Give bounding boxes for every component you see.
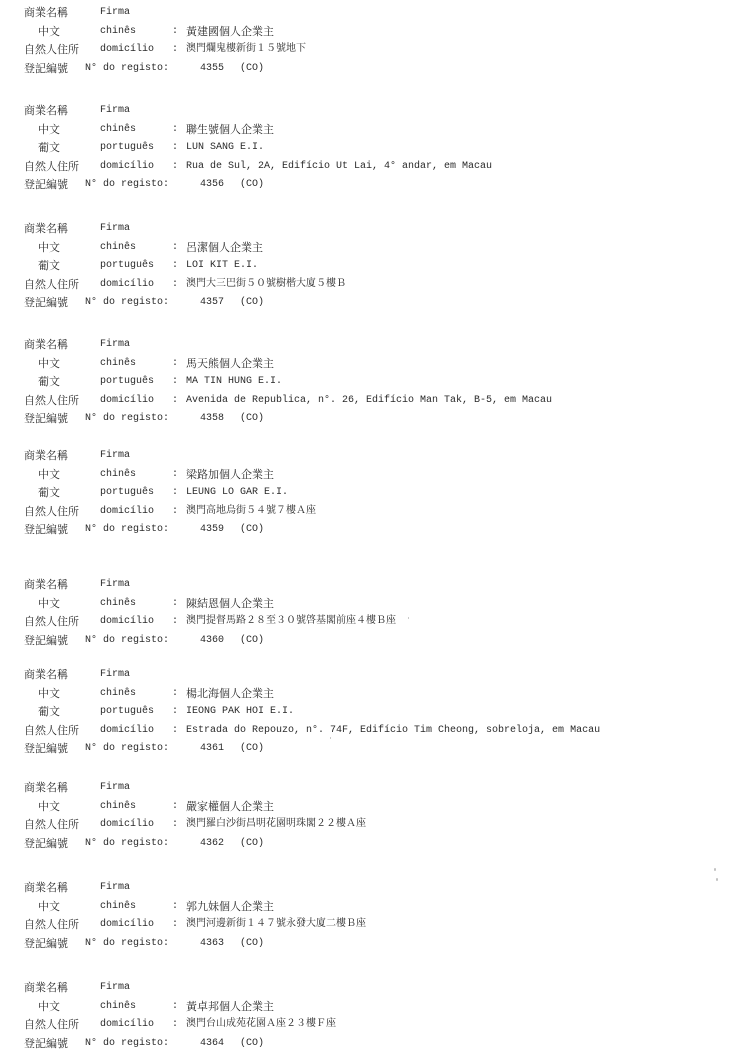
domicile-label-pt: domicílio	[100, 722, 154, 741]
registration-label-pt: N° do registo:	[85, 740, 169, 759]
portuguese-label-zh: 葡文	[38, 139, 60, 158]
portuguese-label-zh: 葡文	[38, 703, 60, 722]
portuguese-label-pt: português	[100, 484, 154, 503]
firm-label-zh: 商業名稱	[24, 447, 68, 466]
chinese-label-zh: 中文	[38, 239, 60, 258]
portuguese-name-value: MA TIN HUNG E.I.	[186, 373, 282, 392]
domicile-label-zh: 自然人住所	[24, 916, 79, 935]
colon: :	[172, 998, 178, 1017]
colon: :	[172, 121, 178, 140]
colon: :	[172, 23, 178, 42]
registration-number: 4356	[200, 176, 224, 195]
chinese-name-value: 聯生號個人企業主	[186, 121, 274, 140]
firm-label-pt: Firma	[100, 779, 130, 798]
domicile-label-zh: 自然人住所	[24, 613, 79, 632]
registration-label-zh: 登記編號	[24, 835, 68, 854]
chinese-label-zh: 中文	[38, 355, 60, 374]
registration-code: (CO)	[240, 835, 264, 854]
registration-label-pt: N° do registo:	[85, 935, 169, 954]
domicile-value: 澳門台山成苑花園Ａ座２３樓Ｆ座	[186, 1016, 336, 1035]
portuguese-label-pt: português	[100, 373, 154, 392]
registration-label-pt: N° do registo:	[85, 60, 169, 79]
colon: :	[172, 355, 178, 374]
registration-number: 4361	[200, 740, 224, 759]
registration-label-zh: 登記編號	[24, 740, 68, 759]
registration-label-pt: N° do registo:	[85, 294, 169, 313]
registration-label-zh: 登記編號	[24, 410, 68, 429]
registration-code: (CO)	[240, 740, 264, 759]
domicile-label-pt: domicílio	[100, 503, 154, 522]
registration-label-zh: 登記編號	[24, 294, 68, 313]
chinese-label-zh: 中文	[38, 466, 60, 485]
registration-code: (CO)	[240, 294, 264, 313]
colon: :	[172, 503, 178, 522]
colon: :	[172, 816, 178, 835]
registration-label-zh: 登記編號	[24, 521, 68, 540]
colon: :	[172, 41, 178, 60]
domicile-label-pt: domicílio	[100, 158, 154, 177]
registration-code: (CO)	[240, 521, 264, 540]
chinese-label-pt: chinês	[100, 466, 136, 485]
chinese-name-value: 楊北海個人企業主	[186, 685, 274, 704]
firm-label-zh: 商業名稱	[24, 979, 68, 998]
chinese-name-value: 黃卓邦個人企業主	[186, 998, 274, 1017]
registration-code: (CO)	[240, 410, 264, 429]
colon: :	[172, 685, 178, 704]
registration-label-zh: 登記編號	[24, 935, 68, 954]
chinese-label-pt: chinês	[100, 998, 136, 1017]
domicile-label-zh: 自然人住所	[24, 722, 79, 741]
chinese-label-zh: 中文	[38, 998, 60, 1017]
chinese-label-zh: 中文	[38, 23, 60, 42]
domicile-value: 澳門羅白沙街昌明花園明珠閣２２樓Ａ座	[186, 816, 366, 835]
portuguese-label-pt: português	[100, 257, 154, 276]
registration-number: 4358	[200, 410, 224, 429]
chinese-label-pt: chinês	[100, 798, 136, 817]
registration-label-pt: N° do registo:	[85, 176, 169, 195]
chinese-label-zh: 中文	[38, 685, 60, 704]
registration-code: (CO)	[240, 632, 264, 651]
scan-speck	[408, 617, 409, 619]
chinese-name-value: 梁路加個人企業主	[186, 466, 274, 485]
domicile-label-pt: domicílio	[100, 1016, 154, 1035]
chinese-label-pt: chinês	[100, 898, 136, 917]
domicile-value: Avenida de Republica, n°. 26, Edifício M…	[186, 392, 552, 411]
registration-label-zh: 登記編號	[24, 1035, 68, 1054]
firm-label-pt: Firma	[100, 666, 130, 685]
colon: :	[172, 613, 178, 632]
chinese-label-pt: chinês	[100, 23, 136, 42]
colon: :	[172, 898, 178, 917]
registration-number: 4364	[200, 1035, 224, 1054]
firm-label-zh: 商業名稱	[24, 576, 68, 595]
domicile-label-zh: 自然人住所	[24, 276, 79, 295]
chinese-label-zh: 中文	[38, 121, 60, 140]
chinese-label-zh: 中文	[38, 798, 60, 817]
firm-label-pt: Firma	[100, 220, 130, 239]
colon: :	[172, 703, 178, 722]
chinese-label-pt: chinês	[100, 239, 136, 258]
chinese-name-value: 呂潔個人企業主	[186, 239, 263, 258]
firm-label-pt: Firma	[100, 879, 130, 898]
domicile-value: 澳門大三巴街５０號樹楷大廈５樓Ｂ	[186, 276, 346, 295]
registry-page: 商業名稱 Firma 中文 chinês : 黃建國個人企業主 自然人住所 do…	[0, 0, 748, 1055]
colon: :	[172, 484, 178, 503]
firm-label-zh: 商業名稱	[24, 4, 68, 23]
firm-label-zh: 商業名稱	[24, 779, 68, 798]
chinese-name-value: 陳結恩個人企業主	[186, 595, 274, 614]
registration-number: 4360	[200, 632, 224, 651]
registration-number: 4363	[200, 935, 224, 954]
colon: :	[172, 798, 178, 817]
chinese-label-pt: chinês	[100, 355, 136, 374]
colon: :	[172, 257, 178, 276]
domicile-label-zh: 自然人住所	[24, 392, 79, 411]
portuguese-name-value: LOI KIT E.I.	[186, 257, 258, 276]
domicile-label-pt: domicílio	[100, 916, 154, 935]
firm-label-zh: 商業名稱	[24, 220, 68, 239]
portuguese-label-pt: português	[100, 139, 154, 158]
domicile-value: 澳門提督馬路２８至３０號啓基閣前座４樓Ｂ座	[186, 613, 396, 632]
registration-number: 4357	[200, 294, 224, 313]
registration-code: (CO)	[240, 60, 264, 79]
firm-label-pt: Firma	[100, 576, 130, 595]
firm-label-pt: Firma	[100, 102, 130, 121]
chinese-name-value: 嚴家權個人企業主	[186, 798, 274, 817]
colon: :	[172, 276, 178, 295]
chinese-label-pt: chinês	[100, 685, 136, 704]
chinese-label-pt: chinês	[100, 595, 136, 614]
domicile-label-zh: 自然人住所	[24, 816, 79, 835]
firm-label-zh: 商業名稱	[24, 666, 68, 685]
firm-label-pt: Firma	[100, 447, 130, 466]
domicile-label-zh: 自然人住所	[24, 503, 79, 522]
colon: :	[172, 239, 178, 258]
domicile-value: 澳門河邊新街１４７號永發大廈二樓Ｂ座	[186, 916, 366, 935]
registration-label-zh: 登記編號	[24, 60, 68, 79]
registration-label-pt: N° do registo:	[85, 1035, 169, 1054]
portuguese-name-value: LEUNG LO GAR E.I.	[186, 484, 288, 503]
registration-label-zh: 登記編號	[24, 632, 68, 651]
chinese-name-value: 馬天熊個人企業主	[186, 355, 274, 374]
chinese-label-pt: chinês	[100, 121, 136, 140]
domicile-label-zh: 自然人住所	[24, 41, 79, 60]
registration-label-zh: 登記編號	[24, 176, 68, 195]
registration-label-pt: N° do registo:	[85, 410, 169, 429]
colon: :	[172, 722, 178, 741]
portuguese-label-zh: 葡文	[38, 484, 60, 503]
firm-label-zh: 商業名稱	[24, 336, 68, 355]
registration-number: 4362	[200, 835, 224, 854]
registration-number: 4359	[200, 521, 224, 540]
colon: :	[172, 158, 178, 177]
scan-speck	[716, 878, 718, 881]
chinese-name-value: 黃建國個人企業主	[186, 23, 274, 42]
portuguese-name-value: LUN SANG E.I.	[186, 139, 264, 158]
colon: :	[172, 916, 178, 935]
chinese-label-zh: 中文	[38, 595, 60, 614]
portuguese-label-zh: 葡文	[38, 373, 60, 392]
scan-speck	[714, 868, 716, 871]
domicile-label-pt: domicílio	[100, 613, 154, 632]
colon: :	[172, 392, 178, 411]
chinese-name-value: 郭九妹個人企業主	[186, 898, 274, 917]
registration-number: 4355	[200, 60, 224, 79]
registration-code: (CO)	[240, 1035, 264, 1054]
firm-label-pt: Firma	[100, 4, 130, 23]
chinese-label-zh: 中文	[38, 898, 60, 917]
domicile-label-pt: domicílio	[100, 392, 154, 411]
domicile-label-pt: domicílio	[100, 276, 154, 295]
portuguese-name-value: IEONG PAK HOI E.I.	[186, 703, 294, 722]
firm-label-zh: 商業名稱	[24, 102, 68, 121]
registration-code: (CO)	[240, 935, 264, 954]
domicile-value: Estrada do Repouzo, n°. 74F, Edifício Ti…	[186, 722, 600, 741]
registration-label-pt: N° do registo:	[85, 632, 169, 651]
firm-label-pt: Firma	[100, 336, 130, 355]
colon: :	[172, 373, 178, 392]
portuguese-label-pt: português	[100, 703, 154, 722]
firm-label-zh: 商業名稱	[24, 879, 68, 898]
domicile-label-zh: 自然人住所	[24, 1016, 79, 1035]
domicile-value: Rua de Sul, 2A, Edifício Ut Lai, 4° anda…	[186, 158, 492, 177]
colon: :	[172, 595, 178, 614]
domicile-label-zh: 自然人住所	[24, 158, 79, 177]
firm-label-pt: Firma	[100, 979, 130, 998]
portuguese-label-zh: 葡文	[38, 257, 60, 276]
registration-label-pt: N° do registo:	[85, 835, 169, 854]
colon: :	[172, 1016, 178, 1035]
domicile-label-pt: domicílio	[100, 816, 154, 835]
domicile-value: 澳門高地烏街５４號７樓Ａ座	[186, 503, 316, 522]
colon: :	[172, 139, 178, 158]
domicile-value: 澳門爛鬼樓新街１５號地下	[186, 41, 306, 60]
registration-label-pt: N° do registo:	[85, 521, 169, 540]
colon: :	[172, 466, 178, 485]
registration-code: (CO)	[240, 176, 264, 195]
scan-speck	[330, 737, 331, 739]
domicile-label-pt: domicílio	[100, 41, 154, 60]
